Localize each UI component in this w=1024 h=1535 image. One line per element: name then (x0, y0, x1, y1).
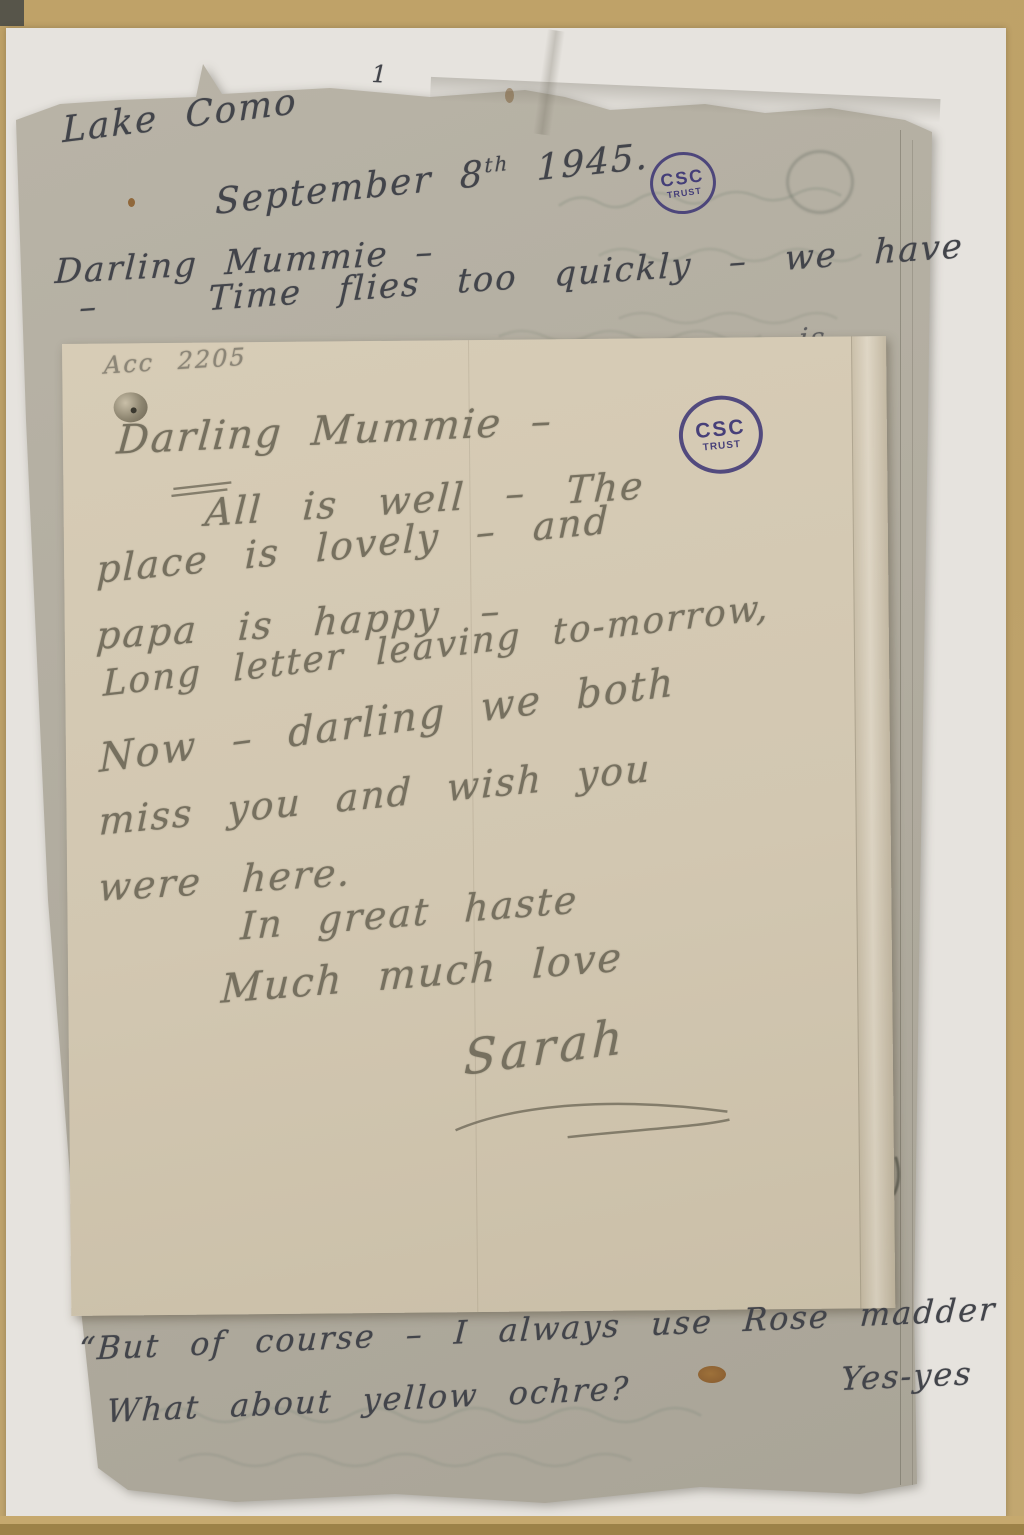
stamp2-text-trust: TRUST (702, 439, 741, 453)
punch-hole-dot (131, 407, 137, 413)
signature-flourish (447, 1094, 737, 1143)
date-ordinal: th (485, 151, 510, 178)
date-year: 1945. (509, 136, 649, 192)
front-letter-sheet: Acc 2205 CSC TRUST Darling Mummie – All … (62, 336, 895, 1316)
page-number: 1 (371, 60, 389, 89)
front-letter-salutation: Darling Mummie – (115, 398, 555, 464)
album-bottom-strip (0, 1516, 1024, 1524)
csc-trust-stamp-2: CSC TRUST (675, 392, 766, 478)
stamp2-text-csc: CSC (694, 416, 746, 442)
ghost-stamp-mark (786, 150, 854, 214)
accession-note: Acc 2205 (104, 343, 247, 380)
stain-top-crease (505, 88, 514, 103)
closing-line-2: Much much love (220, 934, 624, 1012)
album-bottom-edge (0, 1524, 1024, 1535)
album-page-photo: 1 Lake Como September 8th 1945. CSC TRUS… (0, 0, 1024, 1535)
date-day: September 8 (215, 153, 484, 223)
signature: Sarah (463, 1009, 627, 1087)
